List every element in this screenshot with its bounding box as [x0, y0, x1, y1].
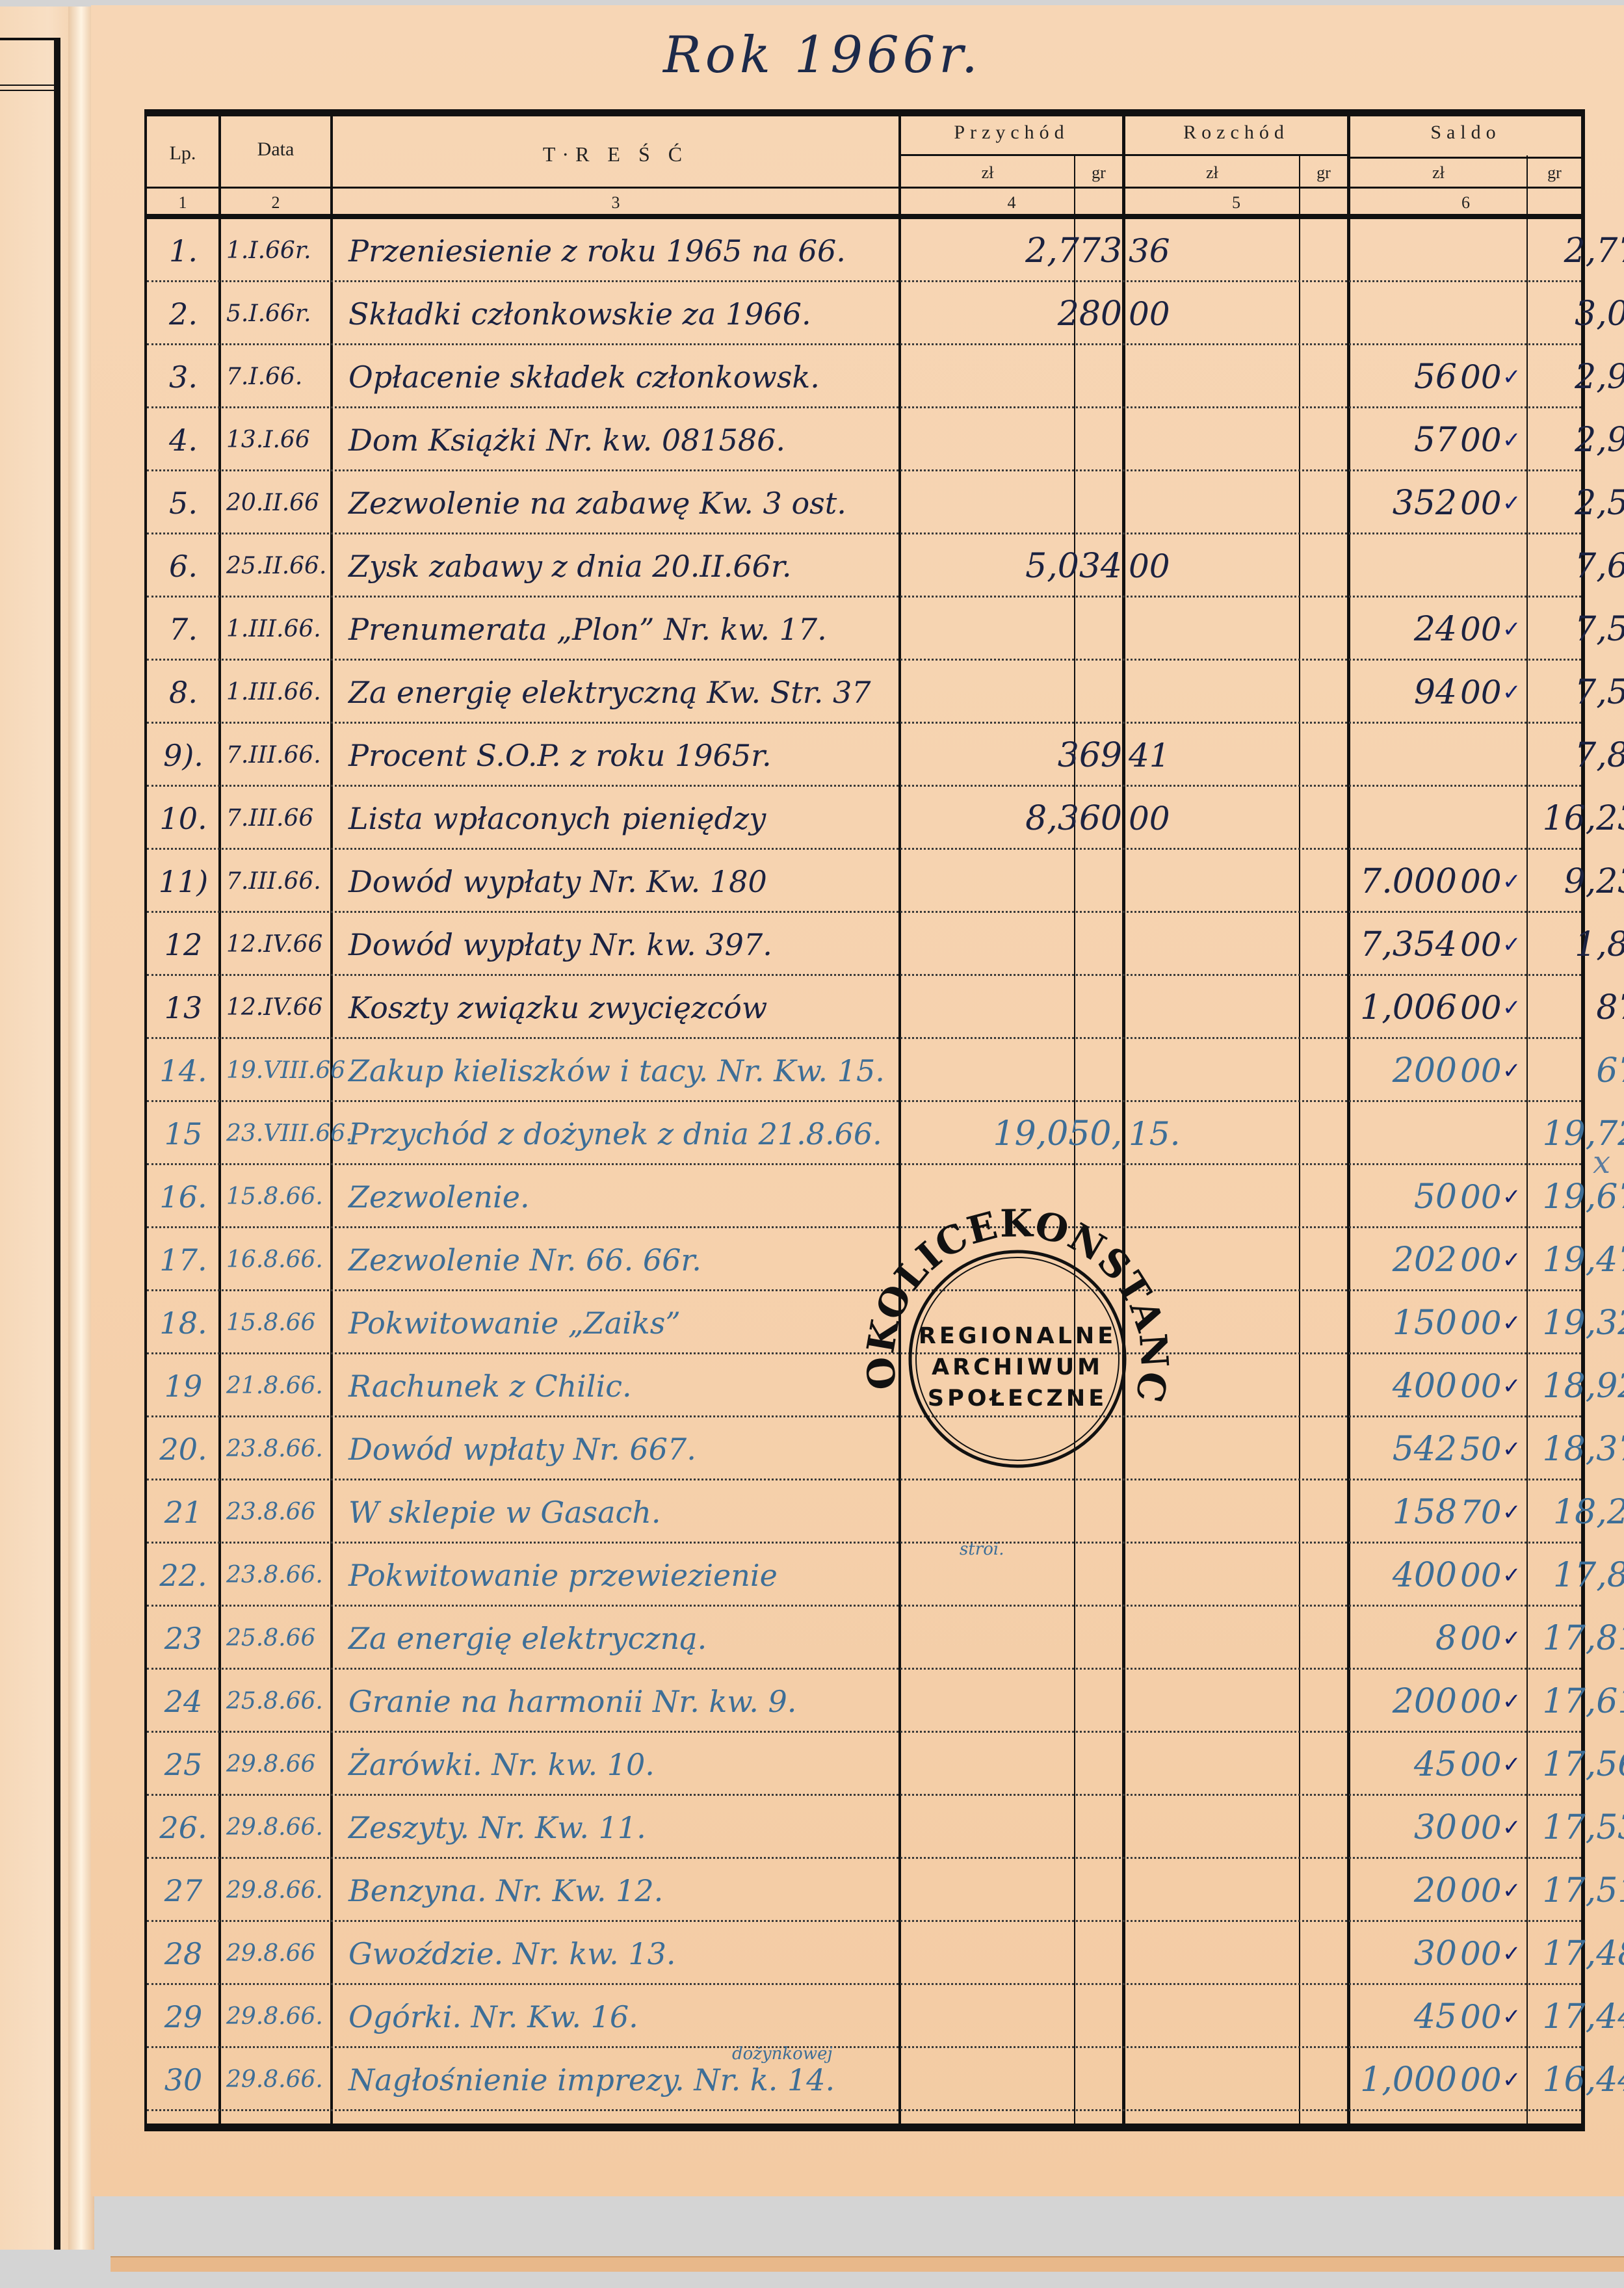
income-zl: 2,773	[901, 225, 1126, 277]
table-row: 1312.IV.66Koszty związku zwycięzców1,006…	[147, 976, 1581, 1039]
income-zl	[901, 1802, 1126, 1854]
check-mark-icon: ✓	[1502, 1612, 1515, 1664]
table-row: 2425.8.66.Granie na harmonii Nr. kw. 9.2…	[147, 1670, 1581, 1733]
income-zl	[901, 1928, 1126, 1980]
entry-number: 21	[151, 1486, 216, 1538]
table-row: 14.19.VIII.66Zakup kieliszków i tacy. Nr…	[147, 1039, 1581, 1102]
balance-zl: 19,471,	[1376, 1234, 1624, 1286]
income-zl	[901, 666, 1126, 718]
entry-number: 3.	[151, 351, 216, 403]
check-mark-icon: ✓	[1502, 603, 1515, 655]
check-mark-icon: ✓	[1502, 982, 1515, 1034]
entry-number: 20.	[151, 1423, 216, 1475]
page-bottom-edge	[111, 2256, 1624, 2272]
entry-date: 23.8.66	[224, 1486, 337, 1538]
balance-zl: 2,773,	[1376, 225, 1624, 277]
income-gr	[1129, 1612, 1174, 1664]
header-saldo: Saldo	[1350, 122, 1581, 144]
balance-zl: 17,487,	[1376, 1928, 1624, 1980]
header-subrule	[1125, 154, 1347, 156]
table-row: 2829.8.66Gwoździe. Nr. kw. 13.300017,487…	[147, 1922, 1581, 1985]
table-row: 3029.8.66.Nagłośnienie imprezy. Nr. k. 1…	[147, 2048, 1581, 2111]
entry-number: 30	[151, 2054, 216, 2106]
income-gr	[1129, 982, 1174, 1034]
entry-number: 27	[151, 1865, 216, 1917]
entry-number: 5.	[151, 477, 216, 529]
income-gr: 41	[1129, 730, 1174, 782]
ledger-table: Lp. Data T·R E Ś Ć Przychód Rozchód Sald…	[144, 109, 1585, 2131]
income-gr	[1129, 414, 1174, 466]
row-dotted-rule	[147, 2109, 1581, 2111]
check-mark-icon: ✓	[1502, 2054, 1515, 2106]
column-number: 1	[147, 193, 218, 213]
table-row: 7.1.III.66.Prenumerata „Plon” Nr. kw. 17…	[147, 598, 1581, 661]
header-lp: Lp.	[147, 142, 218, 164]
income-gr	[1129, 477, 1174, 529]
entry-date: 13.I.66	[224, 414, 337, 466]
table-row: 20.23.8.66.Dowód wpłaty Nr. 667.5425018,…	[147, 1417, 1581, 1480]
table-row: 4.13.I.66Dom Książki Nr. kw. 081586.5700…	[147, 408, 1581, 471]
entry-number: 24	[151, 1676, 216, 1728]
table-row: 18.15.8.66Pokwitowanie „Zaiks”1500019,32…	[147, 1291, 1581, 1354]
income-zl	[901, 1549, 1126, 1601]
income-gr	[1129, 666, 1174, 718]
check-mark-icon: ✓	[1502, 1991, 1515, 2043]
check-mark-icon: ✓	[1502, 1045, 1515, 1097]
check-mark-icon: ✓	[1502, 477, 1515, 529]
header-subrule	[901, 154, 1122, 156]
table-row: 9).7.III.66.Procent S.O.P. z roku 1965r.…	[147, 724, 1581, 787]
table-row: 2123.8.66W sklepie w Gasach.1587018,2207…	[147, 1480, 1581, 1544]
entry-number: 9).	[151, 730, 216, 782]
header-subrule	[1350, 157, 1581, 159]
header-rozchod-gr: gr	[1300, 163, 1347, 183]
table-row: 17.16.8.66.Zezwolenie Nr. 66. 66r.202001…	[147, 1228, 1581, 1291]
entry-number: 8.	[151, 666, 216, 718]
table-row: 16.15.8.66.Zezwolenie.500019,673,90✓	[147, 1165, 1581, 1228]
check-mark-icon: ✓	[1502, 1739, 1515, 1791]
income-zl	[901, 856, 1126, 908]
income-zl	[901, 477, 1126, 529]
header-bottom-rule	[147, 214, 1581, 219]
income-zl	[901, 1991, 1126, 2043]
margin-note: x	[1593, 1144, 1610, 1181]
income-gr	[1129, 1739, 1174, 1791]
income-zl	[901, 1865, 1126, 1917]
entry-number: 7.	[151, 603, 216, 655]
header-przychod: Przychód	[901, 122, 1122, 144]
table-row: 1212.IV.66Dowód wypłaty Nr. kw. 397.7,35…	[147, 913, 1581, 976]
table-row: 10.7.III.66Lista wpłaconych pieniędzy8,3…	[147, 787, 1581, 850]
balance-zl: 2,997	[1376, 351, 1624, 403]
entry-date: 12.IV.66	[224, 919, 337, 971]
balance-zl: 19,723,	[1376, 1108, 1624, 1160]
entry-number: 1.	[151, 225, 216, 277]
check-mark-icon: ✓	[1502, 1171, 1515, 1223]
balance-zl: 17,567,	[1376, 1739, 1624, 1791]
left-page-border	[54, 38, 60, 2250]
table-row: 22.23.8.66.Pokwitowanie przewiezienie400…	[147, 1544, 1581, 1607]
check-mark-icon: ✓	[1502, 1486, 1515, 1538]
entry-date: 29.8.66.	[224, 1802, 337, 1854]
income-gr: 00	[1129, 793, 1174, 845]
balance-zl: 7,598	[1376, 603, 1624, 655]
left-page-rule	[0, 90, 60, 91]
income-gr: 00	[1129, 288, 1174, 340]
header-data: Data	[221, 138, 330, 161]
balance-zl: 17,812,	[1376, 1612, 1624, 1664]
income-zl	[901, 1739, 1126, 1791]
entry-number: 4.	[151, 414, 216, 466]
entry-date: 25.8.66	[224, 1612, 337, 1664]
table-row: 2529.8.66Żarówki. Nr. kw. 10.450017,567,…	[147, 1733, 1581, 1796]
column-number: 5	[1125, 193, 1347, 213]
table-row: 1921.8.66.Rachunek z Chilic.4000018,921,…	[147, 1354, 1581, 1417]
income-zl: 5,034	[901, 540, 1126, 592]
entry-date: 29.8.66.	[224, 1865, 337, 1917]
entry-number: 16.	[151, 1171, 216, 1223]
page-title: Rok 1966r.	[663, 26, 982, 85]
balance-zl: 7,873	[1376, 730, 1624, 782]
entry-number: 25	[151, 1739, 216, 1791]
entry-date: 25.II.66.	[224, 540, 337, 592]
balance-zl: 18,379,	[1376, 1423, 1624, 1475]
balance-zl: 17,537,	[1376, 1802, 1624, 1854]
entry-date: 7.I.66.	[224, 351, 337, 403]
entry-date: 29.8.66	[224, 1739, 337, 1791]
income-zl: 369	[901, 730, 1126, 782]
entry-date: 7.III.66.	[224, 730, 337, 782]
entry-date: 23.8.66.	[224, 1423, 337, 1475]
table-row: 8.1.III.66.Za energię elektryczną Kw. St…	[147, 661, 1581, 724]
entry-date: 1.I.66r.	[224, 225, 337, 277]
income-gr	[1129, 1045, 1174, 1097]
income-gr	[1129, 351, 1174, 403]
income-zl: 280	[901, 288, 1126, 340]
income-zl	[901, 1045, 1126, 1097]
header-przychod-zl: zł	[901, 163, 1074, 183]
income-gr: 36	[1129, 225, 1174, 277]
entry-number: 18.	[151, 1297, 216, 1349]
entry-date: 29.8.66	[224, 1928, 337, 1980]
income-gr	[1129, 1802, 1174, 1854]
check-mark-icon: ✓	[1502, 1549, 1515, 1601]
balance-zl: 17,442,	[1376, 1991, 1624, 2043]
check-mark-icon: ✓	[1502, 1297, 1515, 1349]
stamp-line-2: ARCHIWUM	[865, 1354, 1170, 1380]
income-zl	[901, 919, 1126, 971]
income-gr	[1129, 1865, 1174, 1917]
entry-number: 2.	[151, 288, 216, 340]
header-number-rule	[147, 187, 1581, 189]
income-gr	[1129, 919, 1174, 971]
entry-date: 29.8.66.	[224, 2054, 337, 2106]
table-row: 1.1.I.66r.Przeniesienie z roku 1965 na 6…	[147, 219, 1581, 282]
left-page-rule	[0, 38, 60, 40]
balance-zl: 16,233.	[1376, 793, 1624, 845]
check-mark-icon: ✓	[1502, 856, 1515, 908]
table-row: 2.5.I.66r.Składki członkowskie za 1966.2…	[147, 282, 1581, 345]
entry-date: 25.8.66.	[224, 1676, 337, 1728]
entry-date: 1.III.66.	[224, 603, 337, 655]
header-rozchod: Rozchód	[1125, 122, 1347, 144]
entry-date: 23.VIII.66.	[224, 1108, 337, 1160]
entry-number: 26.	[151, 1802, 216, 1854]
entry-date: 21.8.66.	[224, 1360, 337, 1412]
entry-number: 13	[151, 982, 216, 1034]
entry-number: 11)	[151, 856, 216, 908]
entry-date: 5.I.66r.	[224, 288, 337, 340]
entry-number: 22.	[151, 1549, 216, 1601]
balance-zl: 1,879	[1376, 919, 1624, 971]
table-row: 2729.8.66.Benzyna. Nr. Kw. 12.200017,517…	[147, 1859, 1581, 1922]
entry-date: 7.III.66.	[224, 856, 337, 908]
income-zl	[901, 351, 1126, 403]
check-mark-icon: ✓	[1502, 1234, 1515, 1286]
balance-zl: 16,442,	[1376, 2054, 1624, 2106]
check-mark-icon: ✓	[1502, 1676, 1515, 1728]
check-mark-icon: ✓	[1502, 1423, 1515, 1475]
balance-zl: 18,220	[1376, 1486, 1624, 1538]
entry-number: 23	[151, 1612, 216, 1664]
balance-zl: 17,517,	[1376, 1865, 1624, 1917]
column-number: 3	[333, 193, 898, 213]
income-zl	[901, 1612, 1126, 1664]
balance-zl: 18,921,	[1376, 1360, 1624, 1412]
income-gr	[1129, 1928, 1174, 1980]
balance-zl: 873.	[1376, 982, 1624, 1034]
description-annotation: stroi.	[960, 1540, 1004, 1559]
entry-date: 15.8.66	[224, 1297, 337, 1349]
balance-zl: 2,588	[1376, 477, 1624, 529]
balance-zl: 7,504	[1376, 666, 1624, 718]
table-row: 26.29.8.66.Zeszyty. Nr. Kw. 11.300017,53…	[147, 1796, 1581, 1859]
income-zl: 19,050,	[901, 1108, 1126, 1160]
table-row: 2325.8.66Za energię elektryczną.80017,81…	[147, 1607, 1581, 1670]
entry-date: 1.III.66.	[224, 666, 337, 718]
check-mark-icon: ✓	[1502, 1802, 1515, 1854]
entry-number: 10.	[151, 793, 216, 845]
stamp-line-3: SPOŁECZNE	[865, 1386, 1170, 1412]
table-row: 6.25.II.66.Zysk zabawy z dnia 20.II.66r.…	[147, 534, 1581, 598]
check-mark-icon: ✓	[1502, 414, 1515, 466]
income-zl	[901, 603, 1126, 655]
archive-stamp: OKOLICEKONSTANCINA.PL REGIONALNE ARCHIWU…	[865, 1193, 1170, 1499]
entry-date: 7.III.66	[224, 793, 337, 845]
income-zl	[901, 2054, 1126, 2106]
check-mark-icon: ✓	[1502, 351, 1515, 403]
column-number: 4	[901, 193, 1122, 213]
balance-zl: 17,612,	[1376, 1676, 1624, 1728]
entry-date: 15.8.66.	[224, 1171, 337, 1223]
check-mark-icon: ✓	[1502, 919, 1515, 971]
entry-number: 17.	[151, 1234, 216, 1286]
check-mark-icon: ✓	[1502, 1360, 1515, 1412]
header-saldo-zl: zł	[1350, 163, 1526, 183]
header-saldo-gr: gr	[1528, 163, 1581, 183]
balance-zl: 2,940	[1376, 414, 1624, 466]
header-tresc: T·R E Ś Ć	[333, 142, 898, 166]
entry-number: 28	[151, 1928, 216, 1980]
balance-zl: 19,321,	[1376, 1297, 1624, 1349]
income-zl	[901, 414, 1126, 466]
balance-zl: 9,233.	[1376, 856, 1624, 908]
balance-zl: 17,820	[1376, 1549, 1624, 1601]
column-number: 2	[221, 193, 330, 213]
check-mark-icon: ✓	[1502, 1928, 1515, 1980]
table-row: 11)7.III.66.Dowód wypłaty Nr. Kw. 1807.0…	[147, 850, 1581, 913]
income-zl	[901, 1676, 1126, 1728]
balance-zl: 7,622	[1376, 540, 1624, 592]
income-gr	[1129, 2054, 1174, 2106]
entry-number: 6.	[151, 540, 216, 592]
table-row: 3.7.I.66.Opłacenie składek członkowsk.56…	[147, 345, 1581, 408]
income-gr	[1129, 1991, 1174, 2043]
entry-number: 19	[151, 1360, 216, 1412]
stamp-line-1: REGIONALNE	[865, 1323, 1170, 1349]
entry-date: 19.VIII.66	[224, 1045, 337, 1097]
check-mark-icon: ✓	[1502, 666, 1515, 718]
entry-number: 14.	[151, 1045, 216, 1097]
table-row: 5.20.II.66Zezwolenie na zabawę Kw. 3 ost…	[147, 471, 1581, 534]
description-annotation: dożynkowej	[732, 2044, 833, 2064]
table-row: 1523.VIII.66.Przychód z dożynek z dnia 2…	[147, 1102, 1581, 1165]
income-zl: 8,360	[901, 793, 1126, 845]
income-gr	[1129, 856, 1174, 908]
entry-date: 16.8.66.	[224, 1234, 337, 1286]
income-gr: 15.	[1129, 1108, 1174, 1160]
book-spine	[68, 7, 94, 2250]
income-gr: 00	[1129, 540, 1174, 592]
balance-zl: 19,673,	[1376, 1171, 1624, 1223]
entry-date: 29.8.66.	[224, 1991, 337, 2043]
entry-number: 29	[151, 1991, 216, 2043]
entry-date: 20.II.66	[224, 477, 337, 529]
income-zl	[901, 982, 1126, 1034]
header-rozchod-zl: zł	[1125, 163, 1299, 183]
left-page-rule	[0, 85, 60, 86]
balance-zl: 3,053	[1376, 288, 1624, 340]
income-gr	[1129, 603, 1174, 655]
income-gr	[1129, 1549, 1174, 1601]
check-mark-icon: ✓	[1502, 1865, 1515, 1917]
table-row: 2929.8.66.Ogórki. Nr. Kw. 16.450017,442,…	[147, 1985, 1581, 2048]
entry-date: 12.IV.66	[224, 982, 337, 1034]
column-number: 6	[1350, 193, 1581, 213]
entry-number: 12	[151, 919, 216, 971]
entry-number: 15	[151, 1108, 216, 1160]
entry-date: 23.8.66.	[224, 1549, 337, 1601]
header-przychod-gr: gr	[1075, 163, 1122, 183]
income-gr	[1129, 1676, 1174, 1728]
balance-zl: 673.	[1376, 1045, 1624, 1097]
